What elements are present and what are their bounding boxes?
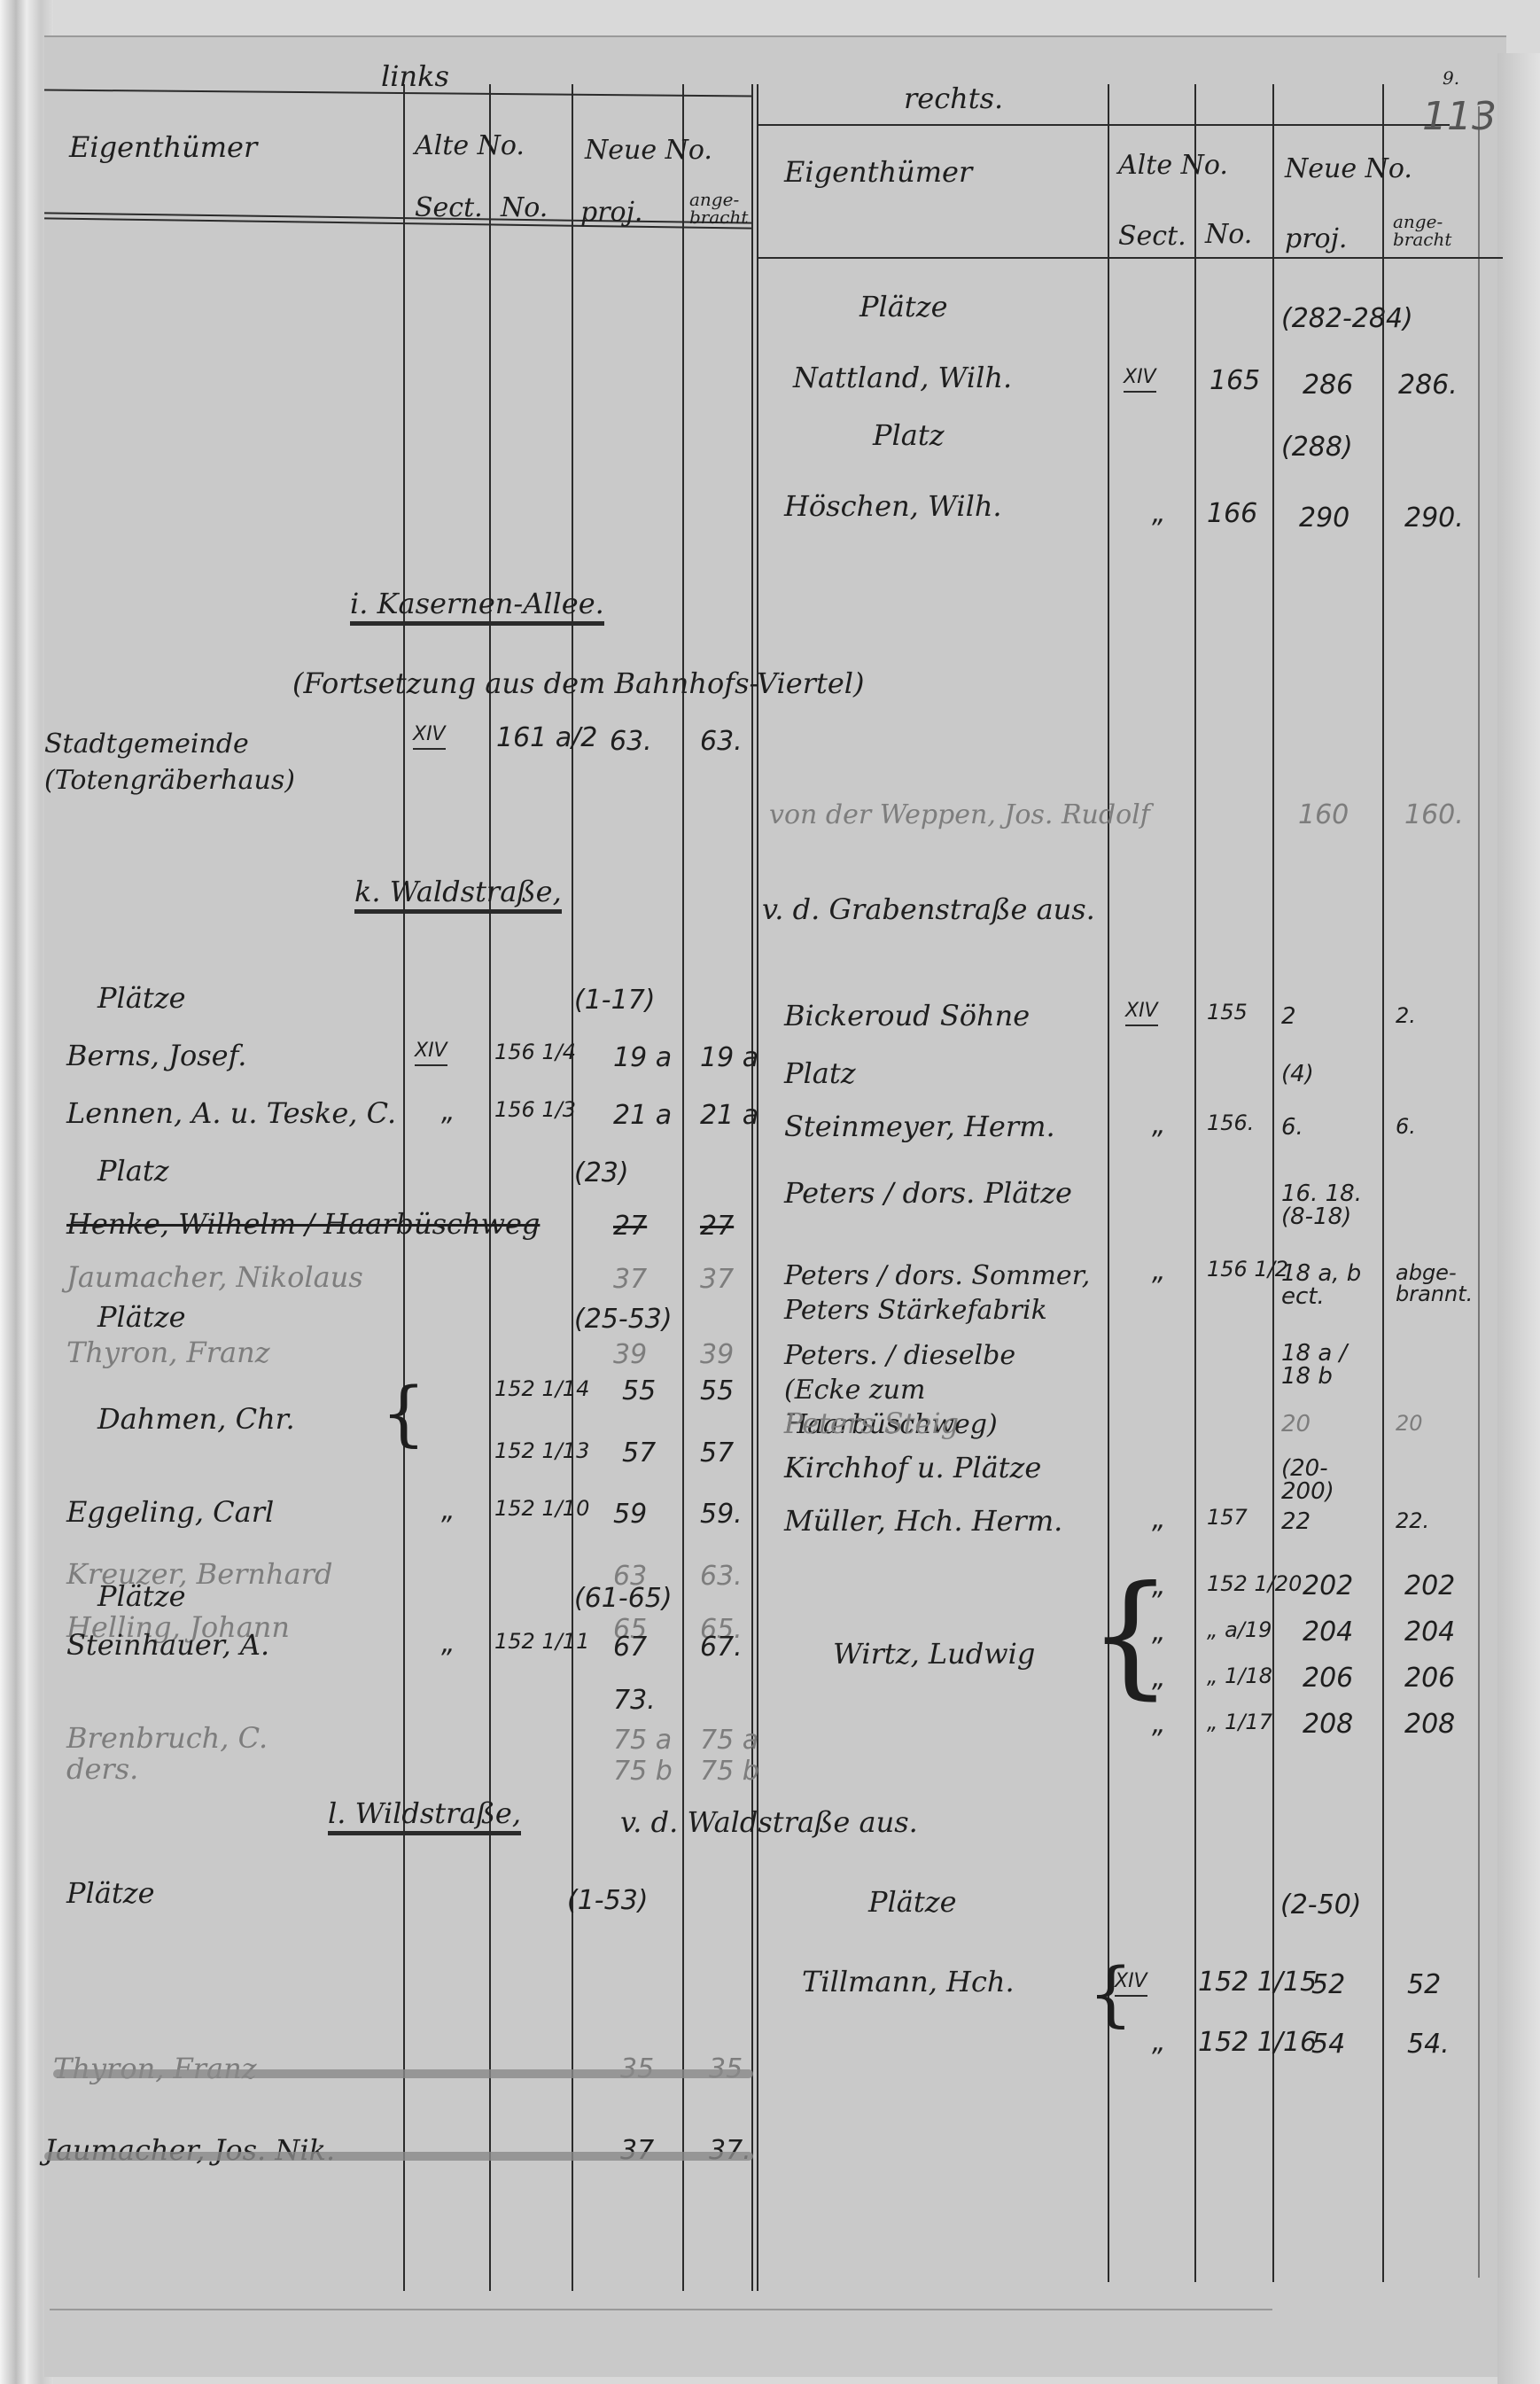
sect-value: „ [1152, 1619, 1166, 1646]
proj-value: 2 [1281, 1005, 1379, 1028]
owner-entry: Plätze [868, 1888, 957, 1916]
rule [1382, 84, 1384, 2282]
sect-value: XIV [1124, 368, 1156, 393]
proj-value: 55 [622, 1378, 656, 1405]
section-note-i: (Fortsetzung aus dem Bahnhofs-Viertel) [292, 669, 865, 697]
rule [1478, 106, 1480, 2278]
proj-value: 22 [1281, 1510, 1379, 1533]
owner-entry: Brenbruch, C. [66, 1724, 268, 1752]
brace: { [381, 1378, 426, 1449]
proj-value: 290 [1299, 505, 1349, 532]
no-header-right: No. [1205, 222, 1252, 248]
owner-entry: Kirchhof u. Plätze [784, 1453, 1041, 1482]
affixed-value: 204 [1404, 1619, 1455, 1646]
owner-entry: Bickeroud Söhne [784, 1001, 1030, 1030]
sect-value: „ [1152, 1573, 1166, 1600]
affixed-header-left: ange-bracht [689, 191, 748, 226]
owner-entry: Müller, Hch. Herm. [784, 1507, 1062, 1535]
section-subtitle-l: v. d. Waldstraße aus. [620, 1808, 918, 1836]
sect-value: XIV [415, 1041, 447, 1066]
proj-value: 160 [1298, 802, 1349, 829]
proj-value: 6. [1281, 1116, 1379, 1139]
old-no-value: 156 1/2 [1207, 1258, 1288, 1280]
affixed-value: 19 a [700, 1045, 758, 1071]
proj-value: 73. [613, 1687, 656, 1714]
sect-value: XIV [1115, 1972, 1147, 1997]
proj-value: 75 a [613, 1727, 672, 1754]
sect-header-left: Sect. [415, 195, 483, 222]
proj-value: 59 [613, 1501, 647, 1528]
sect-value: „ [1152, 1665, 1166, 1692]
sect-value: „ [1152, 2030, 1166, 2056]
proj-value: 52 [1311, 1972, 1345, 1998]
owner-entry: von der Weppen, Jos. Rudolf [769, 802, 1150, 829]
proj-value: (61-65) [574, 1585, 673, 1612]
old-no-value: 152 1/10 [494, 1498, 589, 1519]
old-no-value: 165 [1209, 368, 1260, 394]
old-no-value: 152 1/13 [494, 1440, 589, 1461]
rule [758, 257, 1503, 259]
rule [1194, 84, 1196, 2282]
old-no-value: 152 1/15 [1198, 1969, 1317, 1996]
proj-value: 67 [613, 1634, 647, 1661]
owner-entry: Stadtgemeinde (Totengräberhaus) [44, 727, 363, 799]
old-no-value: 157 [1207, 1507, 1248, 1528]
old-no-value: 156 1/4 [494, 1041, 576, 1063]
old-no-value: 152 1/14 [494, 1378, 589, 1399]
owner-entry: Plätze [97, 984, 186, 1012]
proj-value: (25-53) [574, 1306, 673, 1333]
rule [489, 84, 491, 2291]
affixed-value: 208 [1404, 1711, 1455, 1738]
owner-entry: Eggeling, Carl [66, 1498, 274, 1526]
proj-value: (23) [574, 1160, 629, 1187]
affixed-value: 20 [1396, 1413, 1475, 1434]
proj-value: (4) [1281, 1063, 1379, 1086]
proj-value: 202 [1303, 1573, 1353, 1600]
affixed-header-right: ange-bracht [1393, 213, 1464, 248]
proj-value: 63. [610, 728, 652, 755]
affixed-value: abge-brannt. [1396, 1262, 1475, 1305]
affixed-value: 57 [700, 1440, 734, 1467]
proj-value: 20 [1281, 1413, 1379, 1436]
affixed-value: 206 [1404, 1665, 1455, 1692]
owner-entry: Berns, Josef. [66, 1041, 246, 1070]
owner-entry: Platz [784, 1059, 856, 1087]
proj-value: 57 [622, 1440, 656, 1467]
proj-value: 204 [1303, 1619, 1353, 1646]
rule [1272, 84, 1274, 2282]
proj-value: 39 [613, 1342, 647, 1368]
owner-entry: Henke, Wilhelm / Haarbüschweg [66, 1210, 540, 1238]
owner-entry: Dahmen, Chr. [97, 1405, 295, 1433]
page-number: 113 [1422, 97, 1497, 136]
left-side-title: links [381, 62, 449, 90]
owner-header-left: Eigenthümer [69, 133, 257, 161]
affixed-value: 63. [700, 728, 743, 755]
owner-entry: Steinhauer, A. [66, 1631, 269, 1659]
old-no-value: 152 1/11 [494, 1631, 589, 1652]
old-no-value: „ a/19 [1207, 1619, 1272, 1640]
sect-value: „ [441, 1099, 455, 1126]
owner-entry: Lennen, A. u. Teske, C. [66, 1099, 396, 1127]
proj-value: (1-17) [574, 987, 656, 1014]
proj-header-right: proj. [1285, 226, 1347, 253]
affixed-value: 37 [700, 1266, 734, 1293]
proj-value: 286 [1303, 372, 1353, 399]
owner-entry: Tillmann, Hch. [802, 1967, 1015, 1996]
affixed-value: 52 [1407, 1972, 1441, 1998]
section-title-k: k. Waldstraße, [354, 877, 562, 914]
rule [403, 84, 405, 2291]
affixed-value: 54. [1407, 2031, 1450, 2058]
proj-header-left: proj. [580, 199, 642, 226]
rule [757, 84, 758, 2291]
owner-entry: Platz [873, 421, 945, 449]
proj-value: 19 a [613, 1045, 672, 1071]
section-subtitle-k: v. d. Grabenstraße aus. [762, 895, 1095, 923]
old-no-header-left: Alte No. [415, 133, 525, 160]
new-no-header-right: Neue No. [1285, 156, 1412, 183]
sect-header-right: Sect. [1118, 223, 1186, 250]
affixed-value: 286. [1398, 372, 1458, 399]
affixed-value: 67. [700, 1634, 743, 1661]
proj-range: (288) [1281, 434, 1353, 461]
owner-entry: Thyron, Franz [53, 2054, 257, 2083]
rule [751, 84, 753, 2291]
proj-range: (1-53) [567, 1888, 649, 1914]
proj-value: 37 [613, 1266, 647, 1293]
affixed-value: 2. [1396, 1005, 1475, 1026]
strike-through-mark [53, 2069, 753, 2078]
no-header-left: No. [501, 195, 548, 222]
new-no-header-left: Neue No. [585, 137, 712, 164]
owner-entry: Höschen, Wilh. [784, 492, 1002, 520]
old-no-value: 152 1/16 [1198, 2030, 1317, 2056]
affixed-value: 202 [1404, 1573, 1455, 1600]
owner-entry: Plätze [97, 1582, 186, 1610]
proj-value: 16. 18. (8-18) [1281, 1182, 1379, 1228]
owner-entry: Peters Steig [784, 1409, 959, 1437]
owner-entry: Steinmeyer, Herm. [784, 1112, 1055, 1141]
proj-value: 21 a [613, 1102, 672, 1129]
affixed-value: 22. [1396, 1510, 1475, 1531]
owner-entry: Thyron, Franz [66, 1338, 270, 1367]
owner-entry: Plätze [66, 1879, 155, 1907]
owner-entry: Wirtz, Ludwig [833, 1640, 1035, 1668]
owner-entry: Plätze [97, 1303, 186, 1331]
affixed-value: 75 a [700, 1727, 758, 1754]
proj-value: 27 [613, 1213, 647, 1240]
proj-range: (282-284) [1281, 306, 1413, 332]
rule [572, 84, 573, 2291]
affixed-value: 27 [700, 1213, 734, 1240]
owner-entry: Peters / dors. Sommer, Peters Stärkefabr… [784, 1258, 1094, 1328]
right-side-title: rechts. [904, 84, 1003, 113]
affixed-value: 59. [700, 1501, 743, 1528]
old-no-value: 155 [1207, 1001, 1248, 1023]
proj-value: 18 a / 18 b [1281, 1342, 1379, 1388]
old-no-header-right: Alte No. [1118, 152, 1228, 179]
proj-value: 208 [1303, 1711, 1353, 1738]
old-no-value: 152 1/20 [1207, 1573, 1302, 1594]
sect-value: „ [1152, 501, 1166, 527]
old-no-value: „ 1/18 [1207, 1665, 1272, 1687]
affixed-value: 75 b [700, 1758, 759, 1785]
paper-edge [1497, 53, 1540, 2384]
affixed-value: 290. [1404, 505, 1464, 532]
affixed-value: 39 [700, 1342, 734, 1368]
affixed-value: 6. [1396, 1116, 1475, 1137]
old-no-value: 156. [1207, 1112, 1254, 1134]
sect-value: „ [441, 1631, 455, 1657]
rule [50, 2309, 1272, 2310]
section-title-i: i. Kasernen-Allee. [350, 589, 604, 626]
sect-value: „ [1152, 1711, 1166, 1738]
sect-value: „ [1152, 1258, 1166, 1285]
affixed-value: 63. [700, 1563, 743, 1590]
owner-entry: ders. [66, 1755, 138, 1783]
old-no-value: 161 a/2 [496, 725, 597, 752]
sect-value: „ [1152, 1112, 1166, 1139]
owner-entry: Plätze [859, 292, 948, 321]
affixed-value: 21 a [700, 1102, 758, 1129]
strike-through-mark [44, 2152, 753, 2161]
sect-value: XIV [1125, 1001, 1158, 1026]
old-no-value: 166 [1207, 501, 1257, 527]
page-mark: 9. [1443, 69, 1459, 87]
owner-header-right: Eigenthümer [784, 158, 972, 186]
proj-value: 18 a, b ect. [1281, 1262, 1379, 1308]
affixed-value: 160. [1404, 802, 1464, 829]
owner-entry: Platz [97, 1157, 169, 1185]
sect-value: „ [441, 1498, 455, 1524]
proj-range: (2-50) [1280, 1892, 1362, 1919]
owner-entry: Jaumacher, Nikolaus [66, 1263, 363, 1291]
owner-entry: Peters / dors. Plätze [784, 1179, 1072, 1207]
proj-value: (20-200) [1281, 1457, 1379, 1503]
sect-value: „ [1152, 1507, 1166, 1533]
proj-value: 206 [1303, 1665, 1353, 1692]
proj-value: 54 [1311, 2031, 1345, 2058]
old-no-value: „ 1/17 [1207, 1711, 1272, 1733]
affixed-value: 55 [700, 1378, 734, 1405]
proj-value: 75 b [613, 1758, 673, 1785]
section-title-l: l. Wildstraße, [328, 1799, 521, 1835]
rule [758, 124, 1450, 126]
rule [682, 84, 684, 2291]
sect-value: XIV [413, 725, 446, 750]
owner-entry: Nattland, Wilh. [793, 363, 1012, 392]
old-no-value: 156 1/3 [494, 1099, 576, 1120]
